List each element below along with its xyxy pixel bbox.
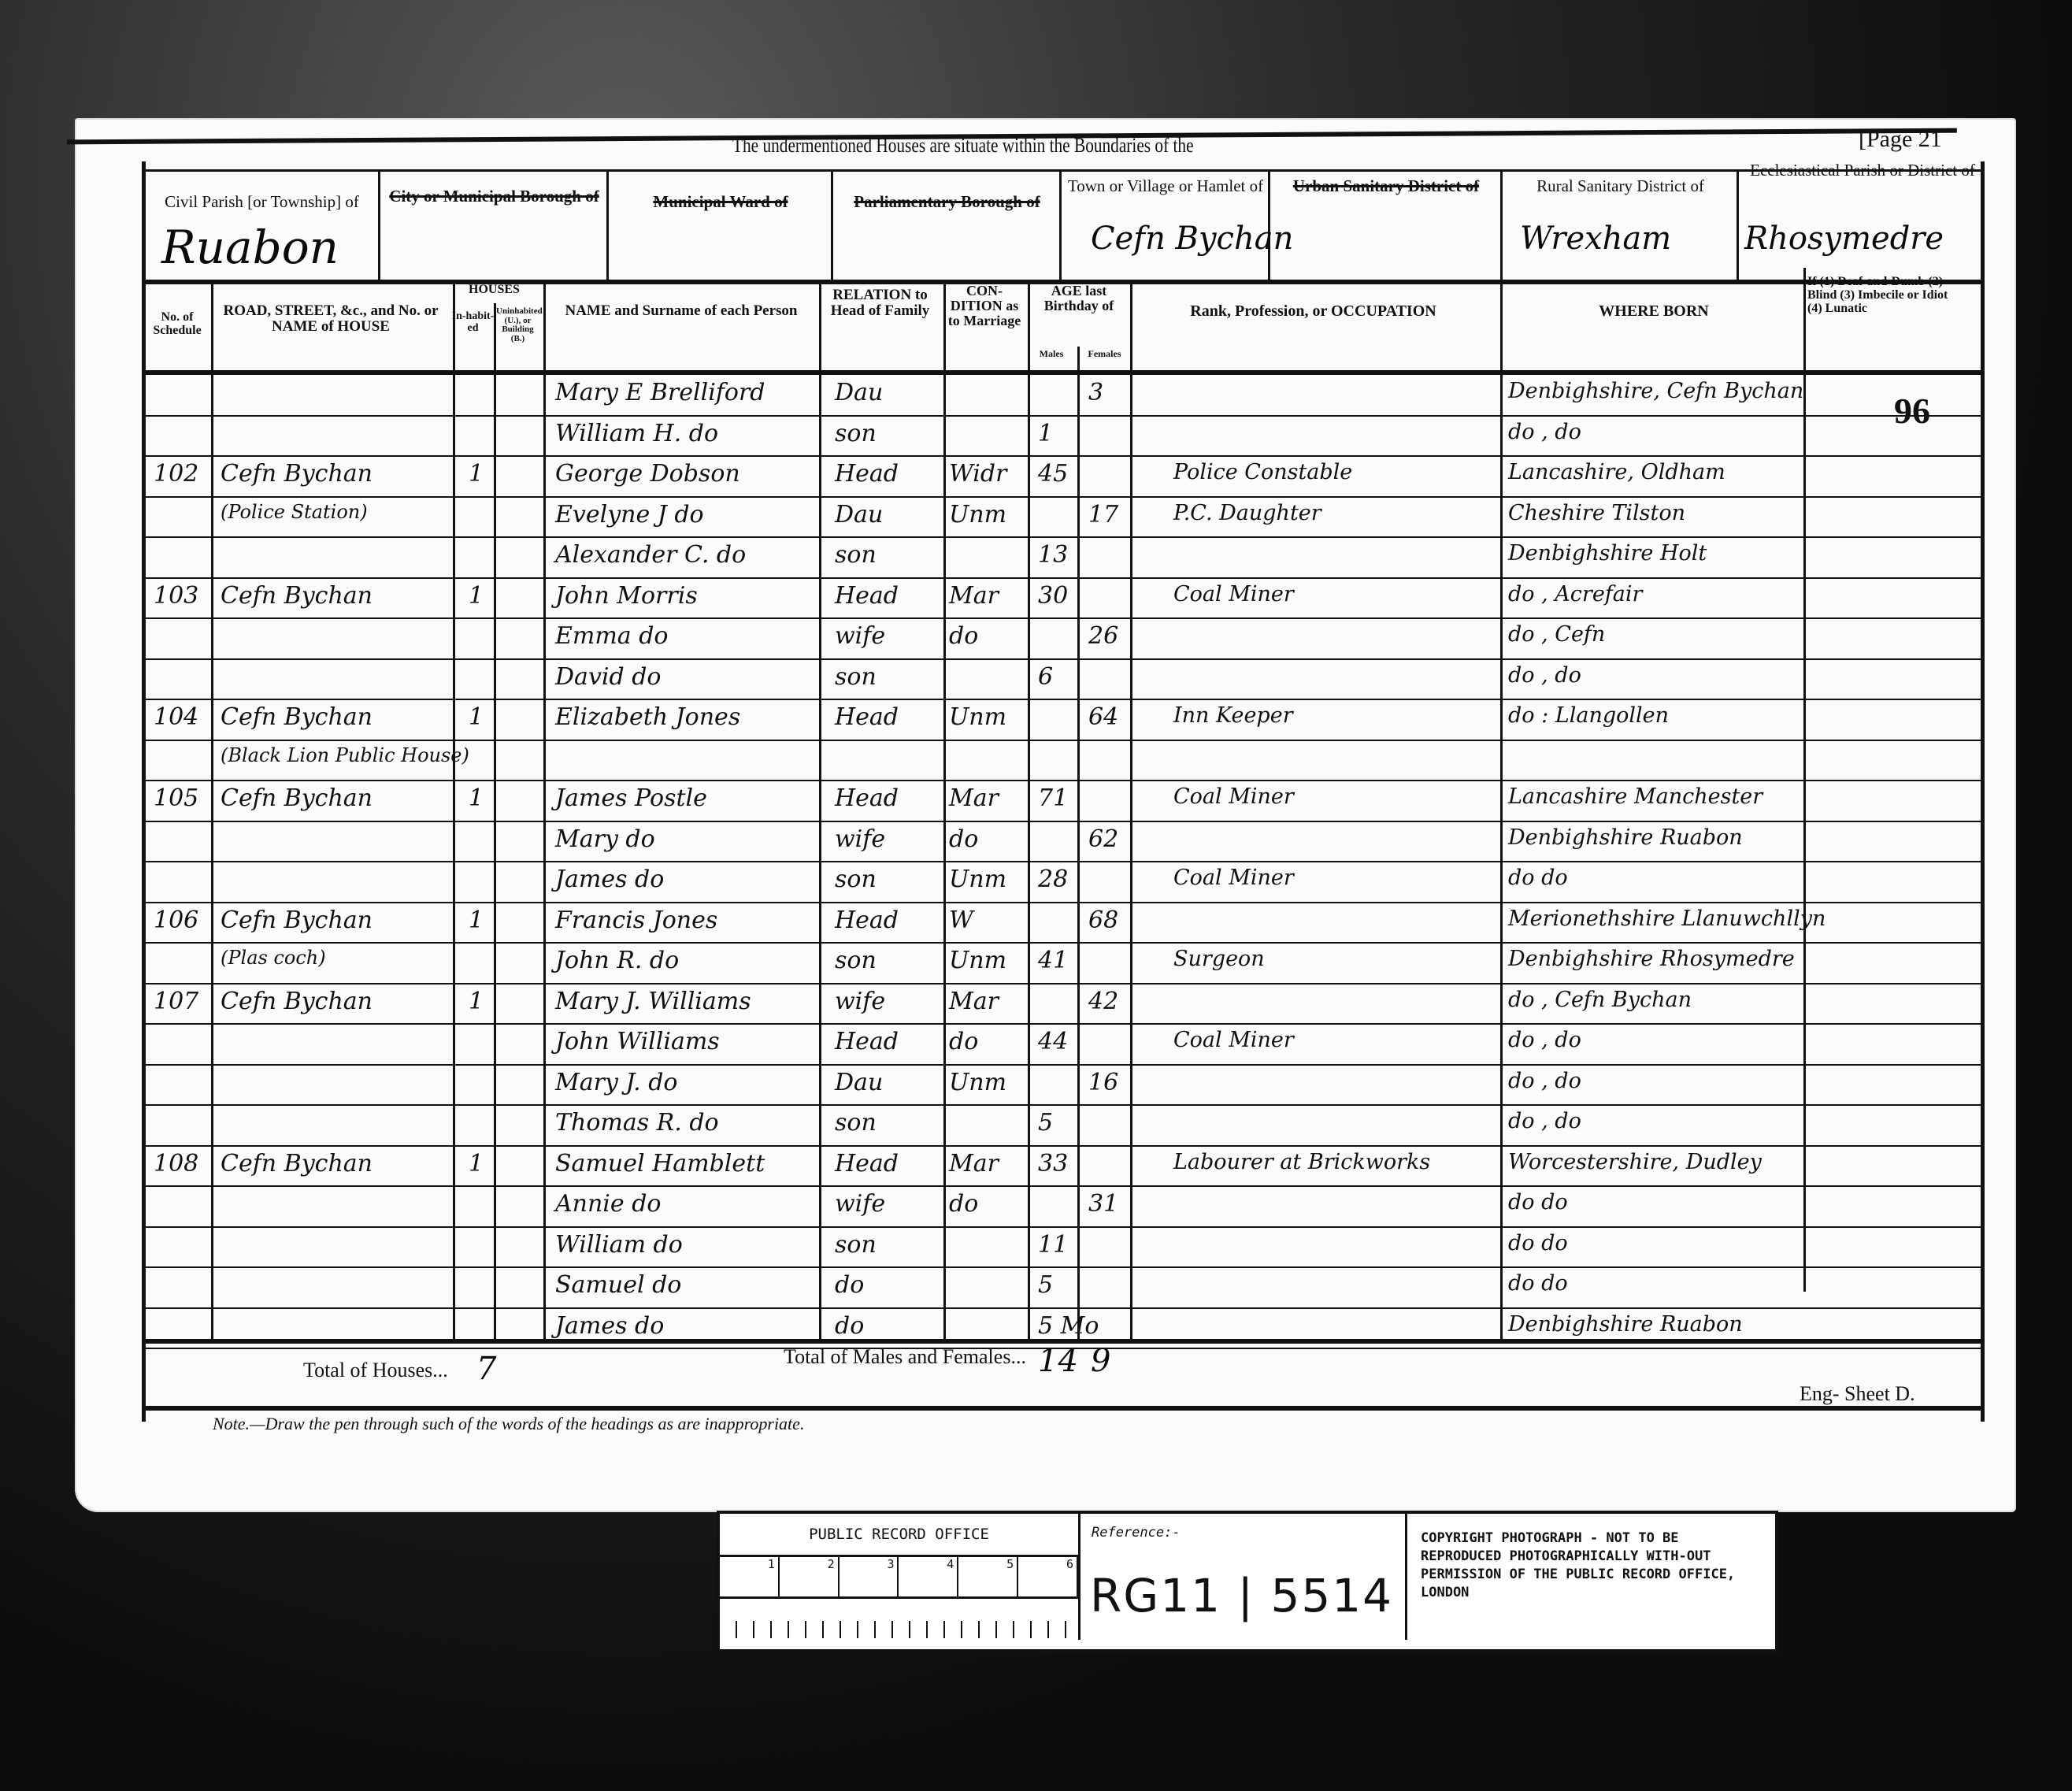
row-relation: Head bbox=[835, 582, 899, 610]
row-male-age: 5 bbox=[1038, 1109, 1053, 1137]
footnote: Note.—Draw the pen through such of the w… bbox=[213, 1414, 804, 1434]
row-condition: do bbox=[949, 1190, 978, 1218]
row-name: Elizabeth Jones bbox=[555, 703, 740, 731]
reference-panel: Reference:- RG11 | 5514 bbox=[1082, 1514, 1407, 1640]
row-inhabited: 1 bbox=[469, 1150, 484, 1177]
row-name: James Postle bbox=[555, 784, 707, 812]
row-inhabited: 1 bbox=[469, 460, 484, 488]
row-rule bbox=[142, 821, 1985, 822]
row-relation: son bbox=[835, 1109, 877, 1137]
row-where-born: do do bbox=[1508, 866, 1568, 890]
row-road: Cefn Bychan bbox=[221, 907, 373, 934]
row-condition: Mar bbox=[949, 988, 999, 1015]
row-name: Francis Jones bbox=[555, 907, 717, 934]
row-male-age: 28 bbox=[1038, 866, 1068, 893]
row-relation: son bbox=[835, 1231, 877, 1259]
row-condition: Unm bbox=[949, 1069, 1006, 1096]
boundary-value: Rhosymedre bbox=[1744, 221, 1944, 257]
row-schedule: 106 bbox=[154, 907, 198, 934]
rule bbox=[1028, 284, 1030, 1343]
row-male-age: 11 bbox=[1038, 1231, 1068, 1259]
copyright-notice: COPYRIGHT PHOTOGRAPH - NOT TO BE REPRODU… bbox=[1421, 1530, 1751, 1602]
row-male-age: 6 bbox=[1038, 663, 1053, 691]
rule bbox=[543, 284, 546, 1343]
col-occupation: Rank, Profession, or OCCUPATION bbox=[1134, 303, 1492, 320]
row-inhabited: 1 bbox=[469, 703, 484, 731]
row-name: Emma do bbox=[555, 622, 668, 650]
row-female-age: 68 bbox=[1088, 907, 1118, 934]
ruler-number: 6 bbox=[1018, 1557, 1078, 1596]
ruler-number: 3 bbox=[840, 1557, 899, 1596]
boundaries-banner: The undermentioned Houses are situate wi… bbox=[732, 134, 1194, 158]
row-schedule: 105 bbox=[154, 784, 198, 812]
row-rule bbox=[142, 699, 1985, 700]
row-rule bbox=[142, 577, 1985, 579]
row-schedule: 108 bbox=[154, 1150, 198, 1177]
row-road: Cefn Bychan bbox=[221, 703, 373, 731]
row-rule bbox=[142, 740, 1985, 741]
col-road: ROAD, STREET, &c., and No. or NAME of HO… bbox=[213, 303, 449, 335]
office-title: PUBLIC RECORD OFFICE bbox=[720, 1514, 1078, 1557]
row-female-age: 16 bbox=[1088, 1069, 1118, 1096]
row-rule bbox=[142, 861, 1985, 862]
rule bbox=[831, 169, 833, 280]
row-road: Cefn Bychan bbox=[221, 988, 373, 1015]
sheet-label: Eng- Sheet D. bbox=[1800, 1382, 1915, 1406]
row-rule bbox=[142, 1266, 1985, 1268]
row-road: (Plas coch) bbox=[221, 947, 326, 969]
rule bbox=[378, 169, 380, 280]
row-rule bbox=[142, 942, 1985, 944]
row-rule bbox=[142, 536, 1985, 538]
reference-label: Reference:- bbox=[1092, 1525, 1181, 1541]
row-road: Cefn Bychan bbox=[221, 1150, 373, 1177]
row-name: Thomas R. do bbox=[555, 1109, 719, 1137]
row-female-age: 62 bbox=[1088, 825, 1118, 853]
row-name: John R. do bbox=[555, 947, 679, 974]
total-houses-value: 7 bbox=[476, 1351, 496, 1387]
row-where-born: Denbighshire Ruabon bbox=[1508, 825, 1743, 850]
col-inhabited: In-habit-ed bbox=[451, 311, 495, 334]
row-rule bbox=[142, 1023, 1985, 1025]
row-where-born: Denbighshire, Cefn Bychan bbox=[1508, 379, 1803, 403]
row-where-born: Lancashire Manchester bbox=[1508, 784, 1762, 809]
rule bbox=[1059, 169, 1062, 280]
reference-value: RG11 | 5514 bbox=[1090, 1569, 1393, 1622]
rule bbox=[1500, 169, 1503, 280]
col-uninhabited: Uninhabited (U.), or Building (B.) bbox=[496, 307, 539, 343]
ruler: 1 2 3 4 5 6 bbox=[720, 1557, 1078, 1599]
row-male-age: 71 bbox=[1038, 784, 1068, 812]
col-infirmity: If (1) Deaf-and-Dumb (2) Blind (3) Imbec… bbox=[1807, 276, 1965, 315]
row-condition: Unm bbox=[949, 866, 1006, 893]
row-name: James do bbox=[555, 1312, 664, 1340]
row-where-born: do do bbox=[1508, 1231, 1568, 1255]
row-condition: Mar bbox=[949, 1150, 999, 1177]
row-name: George Dobson bbox=[555, 460, 740, 488]
row-condition: do bbox=[949, 622, 978, 650]
office-panel: PUBLIC RECORD OFFICE 1 2 3 4 5 6 bbox=[720, 1514, 1080, 1640]
row-where-born: do , do bbox=[1508, 1069, 1581, 1093]
row-relation: son bbox=[835, 663, 877, 691]
row-relation: Head bbox=[835, 703, 899, 731]
ruler-number: 1 bbox=[720, 1557, 780, 1596]
rule bbox=[1737, 169, 1739, 280]
row-occupation: P.C. Daughter bbox=[1173, 501, 1321, 525]
row-where-born: do , Cefn bbox=[1508, 622, 1605, 647]
row-occupation: Inn Keeper bbox=[1173, 703, 1293, 728]
boundary-heading: Parliamentary Borough of bbox=[839, 193, 1055, 210]
row-occupation: Labourer at Brickworks bbox=[1173, 1150, 1430, 1174]
row-name: Mary E Brelliford bbox=[555, 379, 765, 406]
row-road: (Police Station) bbox=[221, 501, 368, 523]
row-where-born: do do bbox=[1508, 1190, 1568, 1214]
row-rule bbox=[142, 496, 1985, 498]
row-where-born: do , do bbox=[1508, 420, 1581, 444]
row-name: William H. do bbox=[555, 420, 718, 447]
row-condition: do bbox=[949, 825, 978, 853]
total-persons-label: Total of Males and Females... bbox=[784, 1345, 1026, 1369]
row-male-age: 5 Mo bbox=[1038, 1312, 1099, 1340]
row-relation: wife bbox=[835, 988, 885, 1015]
row-rule bbox=[142, 1307, 1985, 1309]
boundary-value: Cefn Bychan bbox=[1091, 221, 1293, 257]
boundary-value: Ruabon bbox=[161, 221, 339, 274]
row-female-age: 26 bbox=[1088, 622, 1118, 650]
row-condition: do bbox=[949, 1028, 978, 1055]
row-where-born: do , do bbox=[1508, 1109, 1581, 1133]
row-occupation: Coal Miner bbox=[1173, 582, 1294, 606]
row-condition: Unm bbox=[949, 703, 1006, 731]
rule bbox=[1500, 284, 1503, 1343]
row-relation: son bbox=[835, 866, 877, 893]
row-name: Mary do bbox=[555, 825, 655, 853]
row-condition: Mar bbox=[949, 784, 999, 812]
rule bbox=[606, 169, 609, 280]
row-name: Mary J. do bbox=[555, 1069, 677, 1096]
rule bbox=[142, 1406, 1985, 1411]
boundary-heading: Municipal Ward of bbox=[614, 193, 827, 210]
row-female-age: 64 bbox=[1088, 703, 1118, 731]
rule bbox=[494, 303, 496, 1343]
boundary-heading: Town or Village or Hamlet of bbox=[1067, 177, 1264, 195]
row-name: Samuel do bbox=[555, 1271, 681, 1299]
row-where-born: do , do bbox=[1508, 663, 1581, 688]
row-relation: Dau bbox=[835, 501, 883, 528]
row-rule bbox=[142, 1145, 1985, 1147]
page-number: [Page 21 bbox=[1859, 126, 1942, 153]
row-relation: Head bbox=[835, 784, 899, 812]
row-road: Cefn Bychan bbox=[221, 582, 373, 610]
rule bbox=[211, 284, 213, 1343]
row-male-age: 41 bbox=[1038, 947, 1068, 974]
row-rule bbox=[142, 1226, 1985, 1228]
row-where-born: do , do bbox=[1508, 1028, 1581, 1052]
row-occupation: Surgeon bbox=[1173, 947, 1265, 971]
boundary-heading: Ecclesiastical Parish or District of bbox=[1744, 161, 1981, 179]
row-where-born: Worcestershire, Dudley bbox=[1508, 1150, 1762, 1174]
row-name: David do bbox=[555, 663, 662, 691]
rule bbox=[1130, 284, 1132, 1343]
row-relation: wife bbox=[835, 622, 885, 650]
ruler-number: 4 bbox=[899, 1557, 958, 1596]
ruler-ticks bbox=[720, 1599, 1078, 1638]
row-road: (Black Lion Public House) bbox=[221, 744, 469, 766]
col-females: Females bbox=[1079, 349, 1130, 359]
rule bbox=[819, 284, 821, 1343]
row-inhabited: 1 bbox=[469, 988, 484, 1015]
row-road: Cefn Bychan bbox=[221, 460, 373, 488]
row-condition: Unm bbox=[949, 501, 1006, 528]
rule bbox=[142, 370, 1985, 375]
row-relation: do bbox=[835, 1271, 864, 1299]
row-name: Alexander C. do bbox=[555, 541, 746, 569]
col-where-born: WHERE BORN bbox=[1504, 303, 1803, 320]
boundary-heading: City or Municipal Borough of bbox=[386, 187, 602, 205]
row-rule bbox=[142, 902, 1985, 903]
row-relation: wife bbox=[835, 825, 885, 853]
row-where-born: do : Llangollen bbox=[1508, 703, 1669, 728]
row-where-born: Cheshire Tilston bbox=[1508, 501, 1685, 525]
row-name: James do bbox=[555, 866, 664, 893]
row-rule bbox=[142, 780, 1985, 781]
row-male-age: 5 bbox=[1038, 1271, 1053, 1299]
row-male-age: 30 bbox=[1038, 582, 1068, 610]
row-relation: Head bbox=[835, 907, 899, 934]
row-schedule: 104 bbox=[154, 703, 198, 731]
row-female-age: 42 bbox=[1088, 988, 1118, 1015]
row-female-age: 31 bbox=[1088, 1190, 1118, 1218]
boundary-value: Wrexham bbox=[1520, 221, 1671, 257]
row-occupation: Coal Miner bbox=[1173, 866, 1294, 890]
row-where-born: Lancashire, Oldham bbox=[1508, 460, 1725, 484]
stamp-number: 96 bbox=[1894, 390, 1930, 432]
row-condition: W bbox=[949, 907, 973, 934]
col-name: NAME and Surname of each Person bbox=[547, 303, 815, 319]
row-name: Samuel Hamblett bbox=[555, 1150, 765, 1177]
row-inhabited: 1 bbox=[469, 907, 484, 934]
row-female-age: 17 bbox=[1088, 501, 1118, 528]
row-rule bbox=[142, 617, 1985, 619]
row-where-born: do , Cefn Bychan bbox=[1508, 988, 1692, 1012]
row-where-born: Denbighshire Holt bbox=[1508, 541, 1707, 565]
total-males-value: 14 bbox=[1038, 1343, 1078, 1379]
row-rule bbox=[142, 455, 1985, 457]
row-rule bbox=[142, 983, 1985, 984]
row-name: John Morris bbox=[555, 582, 698, 610]
rule bbox=[453, 284, 455, 1343]
total-females-value: 9 bbox=[1091, 1343, 1110, 1379]
col-condition: CON-DITION as to Marriage bbox=[945, 284, 1024, 328]
boundary-heading: Rural Sanitary District of bbox=[1508, 177, 1733, 195]
row-relation: son bbox=[835, 541, 877, 569]
row-rule bbox=[142, 1064, 1985, 1066]
row-male-age: 44 bbox=[1038, 1028, 1068, 1055]
row-schedule: 103 bbox=[154, 582, 198, 610]
row-name: William do bbox=[555, 1231, 683, 1259]
row-where-born: Merionethshire Llanuwchllyn bbox=[1508, 907, 1826, 931]
row-relation: do bbox=[835, 1312, 864, 1340]
boundary-heading: Urban Sanitary District of bbox=[1276, 177, 1496, 195]
row-name: John Williams bbox=[555, 1028, 720, 1055]
row-relation: son bbox=[835, 947, 877, 974]
public-record-office-stamp: PUBLIC RECORD OFFICE 1 2 3 4 5 6 Referen… bbox=[717, 1511, 1778, 1652]
row-male-age: 13 bbox=[1038, 541, 1068, 569]
row-male-age: 33 bbox=[1038, 1150, 1068, 1177]
row-female-age: 3 bbox=[1088, 379, 1103, 406]
col-schedule: No. of Schedule bbox=[146, 311, 209, 338]
ruler-number: 2 bbox=[780, 1557, 840, 1596]
row-where-born: Denbighshire Rhosymedre bbox=[1508, 947, 1795, 971]
rule bbox=[142, 169, 1985, 172]
row-name: Evelyne J do bbox=[555, 501, 704, 528]
row-name: Annie do bbox=[555, 1190, 661, 1218]
row-relation: Head bbox=[835, 1150, 899, 1177]
row-inhabited: 1 bbox=[469, 784, 484, 812]
row-inhabited: 1 bbox=[469, 582, 484, 610]
row-where-born: do , Acrefair bbox=[1508, 582, 1642, 606]
row-relation: Dau bbox=[835, 1069, 883, 1096]
row-rule bbox=[142, 1104, 1985, 1106]
row-relation: wife bbox=[835, 1190, 885, 1218]
row-where-born: do do bbox=[1508, 1271, 1568, 1296]
row-condition: Unm bbox=[949, 947, 1006, 974]
rule bbox=[943, 284, 946, 1343]
col-males: Males bbox=[1028, 349, 1075, 359]
row-condition: Mar bbox=[949, 582, 999, 610]
row-rule bbox=[142, 658, 1985, 660]
row-road: Cefn Bychan bbox=[221, 784, 373, 812]
row-schedule: 107 bbox=[154, 988, 198, 1015]
row-male-age: 45 bbox=[1038, 460, 1068, 488]
boundary-heading: Civil Parish [or Township] of bbox=[150, 193, 374, 210]
row-relation: Head bbox=[835, 1028, 899, 1055]
col-relation: RELATION to Head of Family bbox=[819, 287, 941, 319]
row-occupation: Coal Miner bbox=[1173, 1028, 1294, 1052]
row-relation: Dau bbox=[835, 379, 883, 406]
row-occupation: Coal Miner bbox=[1173, 784, 1294, 809]
row-schedule: 102 bbox=[154, 460, 198, 488]
row-rule bbox=[142, 415, 1985, 417]
row-occupation: Police Constable bbox=[1173, 460, 1352, 484]
row-rule bbox=[142, 1185, 1985, 1187]
col-houses: HOUSES bbox=[453, 284, 536, 297]
ruler-number: 5 bbox=[958, 1557, 1018, 1596]
row-relation: son bbox=[835, 420, 877, 447]
row-where-born: Denbighshire Ruabon bbox=[1508, 1312, 1743, 1337]
row-name: Mary J. Williams bbox=[555, 988, 751, 1015]
col-age: AGE last Birthday of bbox=[1028, 284, 1130, 313]
row-relation: Head bbox=[835, 460, 899, 488]
total-houses-label: Total of Houses... bbox=[303, 1359, 448, 1382]
row-condition: Widr bbox=[949, 460, 1006, 488]
row-male-age: 1 bbox=[1038, 420, 1053, 447]
